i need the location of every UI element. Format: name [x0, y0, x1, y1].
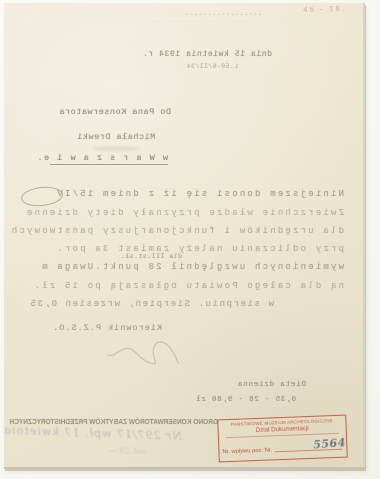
scanned-document-page: 46 - 18. -··--·-··--··--·- ············ … — [0, 0, 380, 479]
stamp-write-in-line: 5564 — [274, 439, 343, 453]
pencil-circle-annotation — [20, 185, 64, 208]
interline-note: dla III.st.sł. — [118, 253, 182, 260]
letterhead-fragment-3: ···· ········ — [156, 24, 238, 30]
letterhead-fragment-1: -··--·-··--··--·- — [164, 11, 262, 18]
handwriting-bleed-1: Nr 297/17 wpł. 17 kwietnia 34 — [18, 424, 182, 443]
stamp-handwritten-number: 5564 — [313, 436, 346, 451]
signature-squiggle — [104, 333, 184, 373]
daily-allowance-amount: 0,35 - 28 - 9,80 zł — [188, 396, 296, 404]
addressee-line-3-underlined: w W a r s z a w i e. — [50, 153, 168, 165]
reference-number: L.50-6/II/34 — [182, 63, 238, 70]
body-line-2: Zwierzchnie władze przyznały diety dzien… — [30, 208, 344, 218]
stamp-number-row: Nr. wpływu poz. Nr. 5564 — [222, 439, 343, 456]
body-line-6: ną dla całego Powiatu ogłaszają po 15 zł… — [30, 281, 344, 291]
stamp-number-label: Nr. wpływu poz. Nr. — [222, 447, 272, 455]
body-line-1: Niniejszem donosi się iż z dniem 15/IV — [30, 189, 344, 199]
handwriting-bleed-2: zał. 28 — — [62, 445, 146, 455]
eraser-smudge — [92, 146, 140, 151]
daily-allowance-label: Dieta dzienna — [236, 381, 306, 389]
body-line-4: przy odliczaniu należy zamiast 3a por. — [30, 244, 344, 254]
archival-intake-stamp: PAŃSTWOWE MUZEUM ARCHEOLOGICZNE Dział Do… — [217, 415, 348, 463]
body-line-5: wymienionych uwzględnił 28 punkt.Uwaga m — [30, 262, 344, 272]
letter-paper-verso: 46 - 18. -··--·-··--··--·- ············ … — [4, 3, 365, 469]
date-line: dnia 15 kwietnia 1934 r. — [112, 50, 272, 59]
closing-line: Kierownik P.Z.S.O. — [38, 323, 162, 333]
body-line-7: w sierpniu. Sierpień, wrzesień 0,35 — [70, 299, 274, 309]
pencil-corner-note: 46 - 18. — [303, 4, 359, 14]
addressee-line-2: Michała Drewki — [74, 132, 158, 142]
addressee-line-1: Do Pana Konserwatora — [58, 107, 172, 117]
body-line-3: dla urzędników i funkcjonarjuszy państwo… — [30, 226, 344, 236]
